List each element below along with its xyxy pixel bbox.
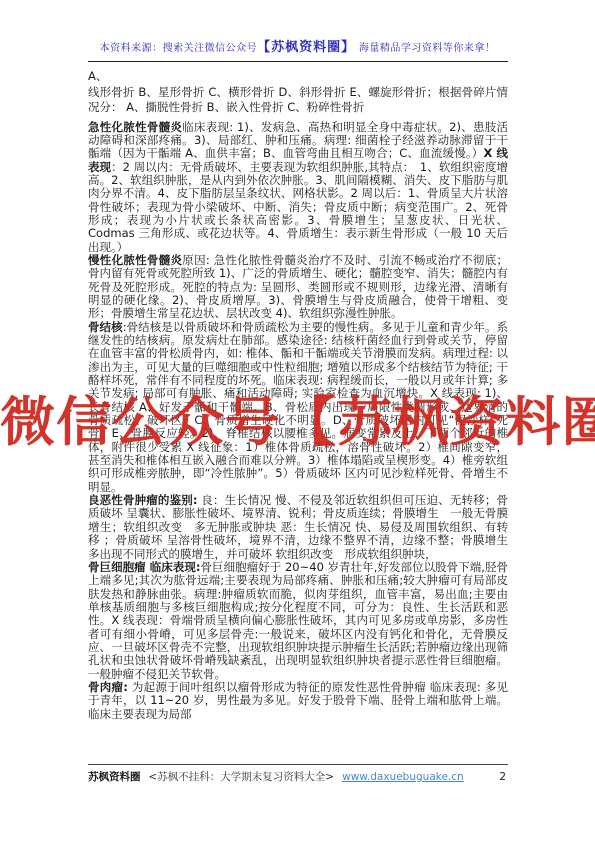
term-bold: 骨巨细胞瘤 临床表现: xyxy=(88,560,200,574)
header-note: 本资料来源：搜索关注微信公众号【苏枫资料圈】 海量精品学习资料等你来拿！ xyxy=(0,36,595,55)
footer-brand: 苏枫资料圈 xyxy=(88,769,141,784)
page-number: 2 xyxy=(499,771,508,783)
document-body: A、 线形骨折 B、星形骨折 C、横形骨折 D、斜形骨折 E、螺旋形骨折；根据骨… xyxy=(88,69,508,721)
paragraph: 急性化脓性骨髓炎临床表现: 1)、发病急、高热和明显全身中毒症状。2)、患肢活动… xyxy=(88,121,508,254)
text-run: 为起源于间叶组织以瘤骨形成为特征的原发性恶性骨肿瘤 临床表现: 多见于青年，以 … xyxy=(88,680,508,721)
footer-subtitle: <苏枫不挂科：大学期末复习资料大全> xyxy=(149,769,335,784)
term-bold: 急性化脓性骨髓炎 xyxy=(88,120,182,134)
footer-link[interactable]: www.daxuebuguake.cn xyxy=(342,771,464,783)
term-bold: 骨结核 xyxy=(88,320,123,334)
text-run: 骨巨细胞瘤好于 20~40 岁青壮年,好发部位以股骨下端,胫骨上端多见;其次为肱… xyxy=(88,560,508,681)
document-page: 本资料来源：搜索关注微信公众号【苏枫资料圈】 海量精品学习资料等你来拿！ A、 … xyxy=(0,0,595,841)
paragraph: 骨巨细胞瘤 临床表现:骨巨细胞瘤好于 20~40 岁青壮年,好发部位以股骨下端,… xyxy=(88,561,508,681)
paragraph: 慢性化脓性骨髓炎原因: 急性化脓性骨髓炎治疗不及时、引流不畅或治疗不彻底；骨内留… xyxy=(88,254,508,321)
text-run: A、 xyxy=(88,69,107,83)
paragraph: 线形骨折 B、星形骨折 C、横形骨折 D、斜形骨折 E、螺旋形骨折；根据骨碎片情… xyxy=(88,85,508,116)
paragraph: 骨肉瘤: 为起源于间叶组织以瘤骨形成为特征的原发性恶性骨肿瘤 临床表现: 多见于… xyxy=(88,681,508,721)
paragraph: A、 xyxy=(88,69,508,85)
header-divider xyxy=(88,61,508,62)
text-run: 线形骨折 B、星形骨折 C、横形骨折 D、斜形骨折 E、螺旋形骨折；根据骨碎片情… xyxy=(88,85,508,115)
paragraph: 骨结核:骨结核是以骨质破坏和骨质疏松为主要的慢性病。多见于儿童和青少年。系继发性… xyxy=(88,321,508,494)
text-run: ：2 周以内：无骨质破坏、主要表现为软组织肿胀,其特点： 1、软组织密度增高。2… xyxy=(88,160,508,254)
header-suffix: 海量精品学习资料等你来拿！ xyxy=(355,43,495,54)
text-run: :骨结核是以骨质破坏和骨质疏松为主要的慢性病。多见于儿童和青少年。系继发性的结核… xyxy=(88,320,508,494)
term-bold: 慢性化脓性骨髓炎 xyxy=(88,253,182,267)
term-bold: 良恶性骨肿瘤的鉴别: xyxy=(88,493,198,507)
header-prefix: 本资料来源：搜索关注微信公众号 xyxy=(100,43,258,54)
term-bold: 骨肉瘤: xyxy=(88,680,128,694)
paragraph: 良恶性骨肿瘤的鉴别: 良：生长情况 慢、不侵及邻近软组织但可压迫、无转移；骨质破… xyxy=(88,494,508,561)
header-brand: 【苏枫资料圈】 xyxy=(257,40,355,55)
footer: 苏枫资料圈 <苏枫不挂科：大学期末复习资料大全> www.daxuebuguak… xyxy=(88,764,508,784)
